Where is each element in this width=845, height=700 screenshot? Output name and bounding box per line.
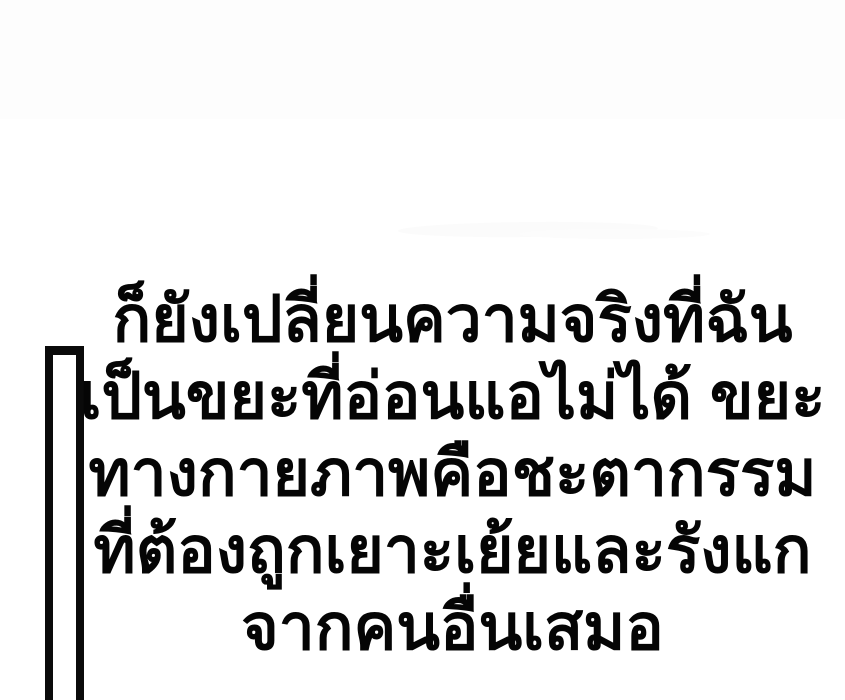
caption-line: เป็นขยะที่อ่อนแอไม่ได้ ขยะ — [60, 358, 845, 435]
caption-line: ทางกายภาพคือชะตากรรม — [60, 435, 845, 512]
webtoon-panel: ก็ยังเปลี่ยนความจริงที่ฉัน เป็นขยะที่อ่อ… — [0, 0, 845, 700]
caption-line: ก็ยังเปลี่ยนความจริงที่ฉัน — [60, 281, 845, 358]
top-band — [0, 0, 845, 119]
faint-smudge — [520, 229, 710, 239]
caption-line: จากคนอื่นเสมอ — [60, 589, 845, 666]
caption-line: ที่ต้องถูกเยาะเย้ยและรังแก — [60, 512, 845, 589]
narration-text-block: ก็ยังเปลี่ยนความจริงที่ฉัน เป็นขยะที่อ่อ… — [60, 281, 845, 666]
